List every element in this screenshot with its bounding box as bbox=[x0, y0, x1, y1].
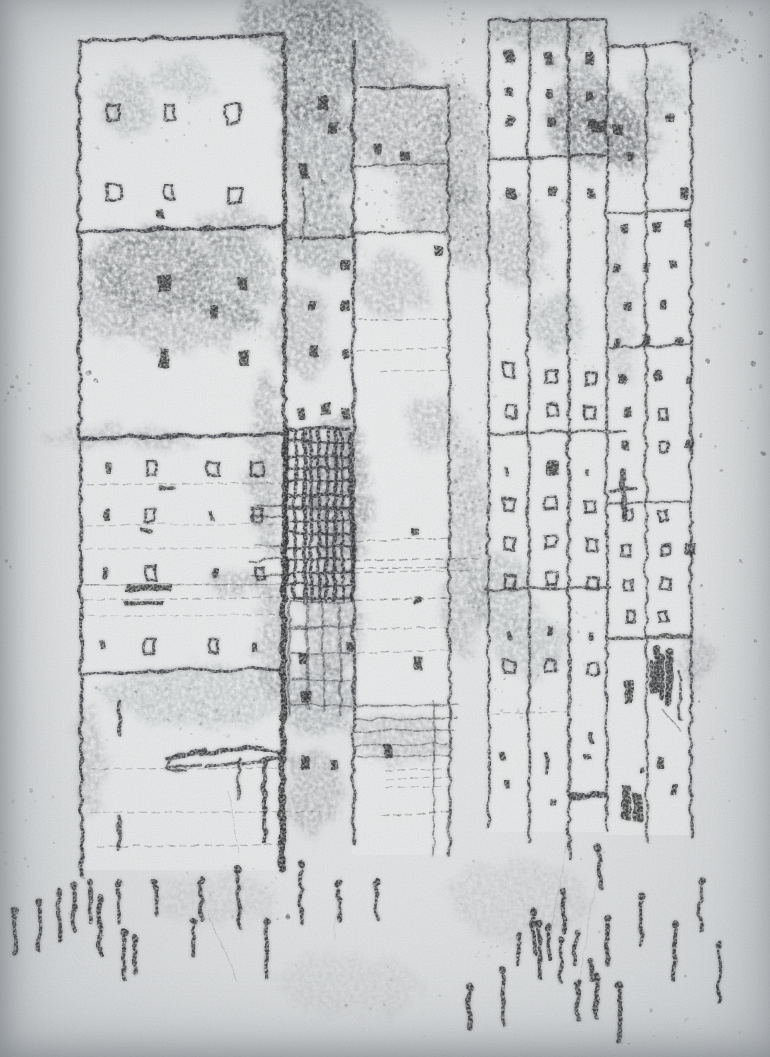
grain-light bbox=[0, 0, 770, 1057]
monotype-cityscape bbox=[0, 0, 770, 1057]
paper-grain bbox=[0, 0, 770, 1057]
print-paper bbox=[0, 0, 770, 1057]
artwork-photo: City towers with crowd - black ink monot… bbox=[0, 0, 770, 1057]
